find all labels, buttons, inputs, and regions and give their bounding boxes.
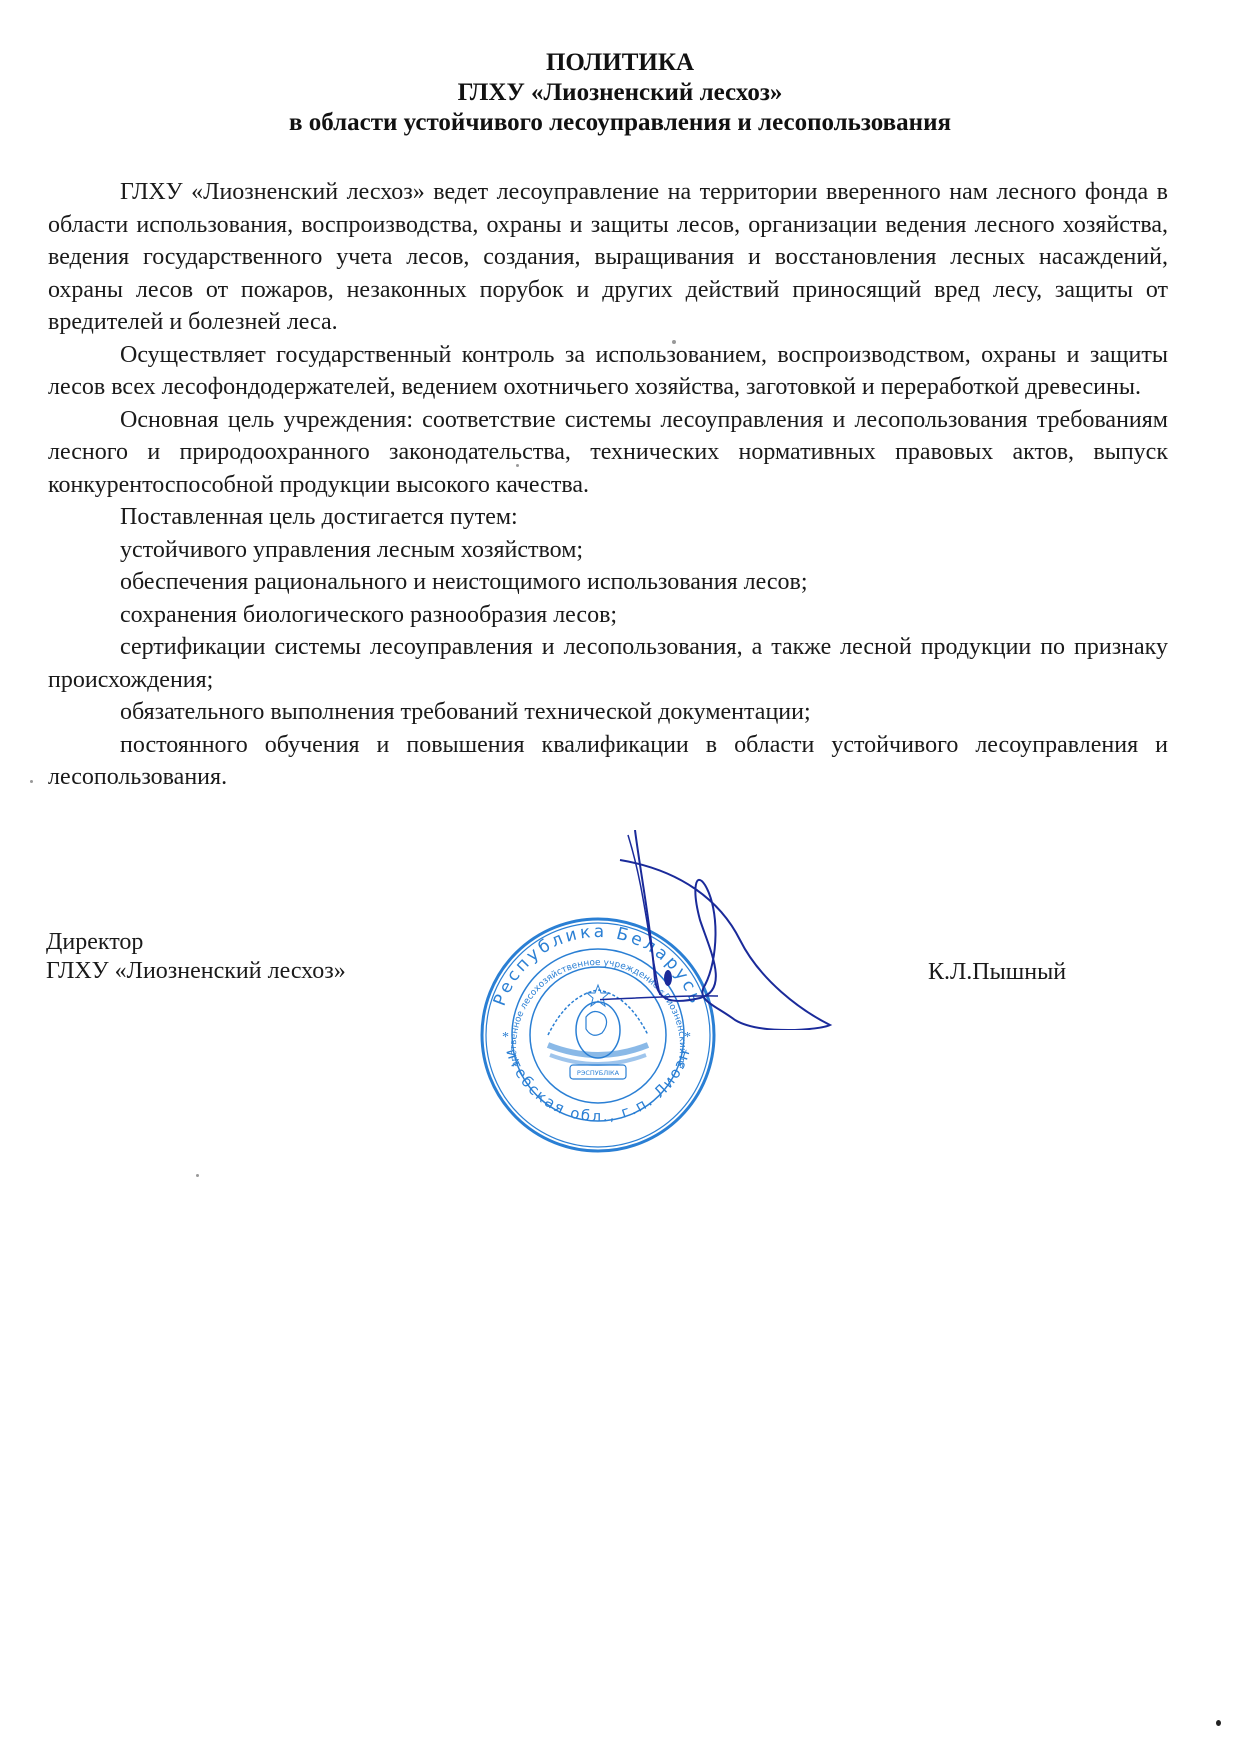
document-header: ПОЛИТИКА ГЛХУ «Лиозненский лесхоз» в обл… <box>0 48 1240 138</box>
handwritten-signature-icon <box>600 830 840 1030</box>
list-item: обязательного выполнения требований техн… <box>48 696 1168 729</box>
signatory-position: Директор ГЛХУ «Лиозненский лесхоз» <box>46 928 346 986</box>
svg-text:*: * <box>502 1030 509 1045</box>
scan-speck <box>1216 1720 1221 1726</box>
list-item: сертификации системы лесоуправления и ле… <box>48 631 1168 696</box>
signatory-name: К.Л.Пышный <box>928 958 1066 987</box>
scan-speck <box>196 1174 199 1177</box>
paragraph-scope: ГЛХУ «Лиозненский лесхоз» ведет лесоупра… <box>48 176 1168 339</box>
list-item: обеспечения рационального и неистощимого… <box>48 566 1168 599</box>
svg-text:РЭСПУБЛIКА: РЭСПУБЛIКА <box>577 1069 620 1077</box>
document-body: ГЛХУ «Лиозненский лесхоз» ведет лесоупра… <box>48 176 1168 794</box>
scan-speck <box>30 780 33 783</box>
paragraph-goal: Основная цель учреждения: соответствие с… <box>48 404 1168 502</box>
position-title: Директор <box>46 928 346 957</box>
document-subtitle: в области устойчивого лесоуправления и л… <box>0 108 1240 138</box>
svg-text:*: * <box>684 1030 691 1045</box>
document-title: ПОЛИТИКА <box>0 48 1240 78</box>
list-item: сохранения биологического разнообразия л… <box>48 599 1168 632</box>
document-page: ПОЛИТИКА ГЛХУ «Лиозненский лесхоз» в обл… <box>0 0 1240 1754</box>
list-item: устойчивого управления лесным хозяйством… <box>48 534 1168 567</box>
paragraph-means-intro: Поставленная цель достигается путем: <box>48 501 1168 534</box>
organization-name: ГЛХУ «Лиозненский лесхоз» <box>0 78 1240 108</box>
paragraph-control: Осуществляет государственный контроль за… <box>48 339 1168 404</box>
position-organization: ГЛХУ «Лиозненский лесхоз» <box>46 957 346 986</box>
list-item: постоянного обучения и повышения квалифи… <box>48 729 1168 794</box>
scan-speck <box>516 464 519 467</box>
scan-speck <box>672 340 676 344</box>
